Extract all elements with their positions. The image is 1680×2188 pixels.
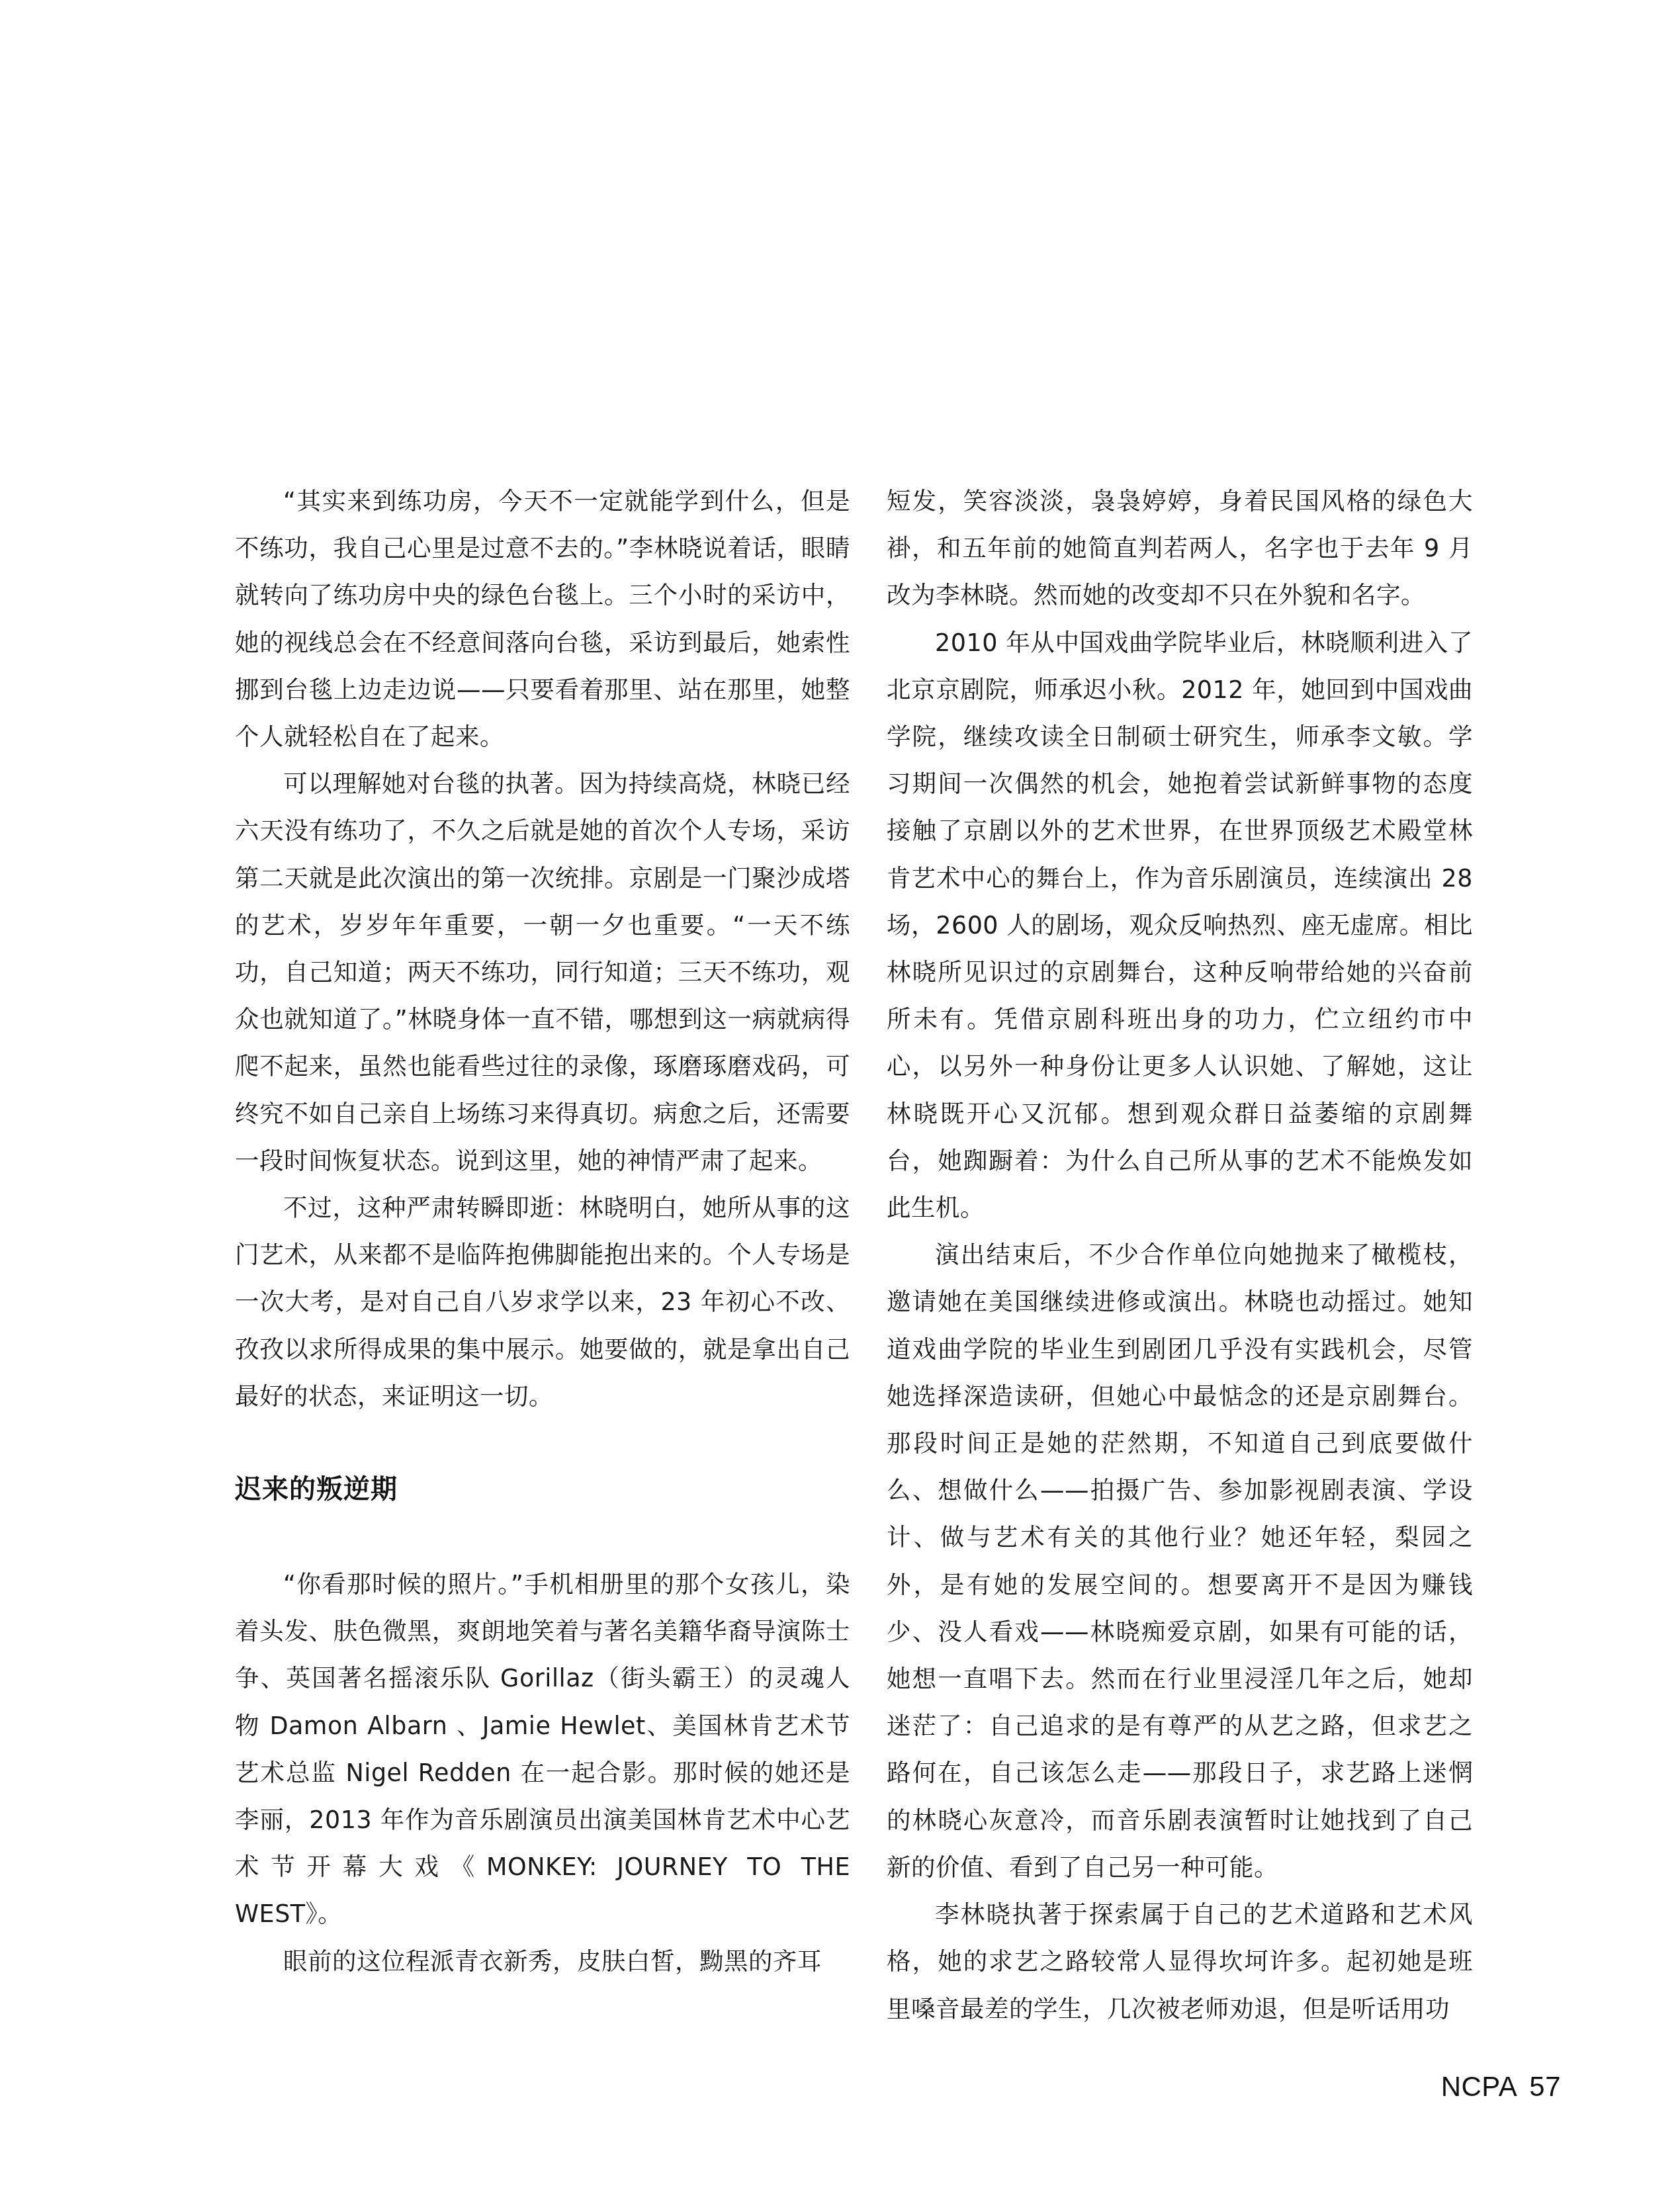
body-paragraph: 可以理解她对台毯的执著。因为持续高烧，林晓已经六天没有练功了，不久之后就是她的首… — [235, 760, 850, 1184]
body-paragraph: “其实来到练功房，今天不一定就能学到什么，但是不练功，我自己心里是过意不去的。”… — [235, 478, 850, 760]
body-paragraph: 演出结束后，不少合作单位向她抛来了橄榄枝，邀请她在美国继续进修或演出。林晓也动摇… — [887, 1231, 1473, 1891]
right-text-column: 短发，笑容淡淡，袅袅婷婷，身着民国风格的绿色大褂，和五年前的她简直判若两人，名字… — [887, 478, 1473, 2033]
body-paragraph: “你看那时候的照片。”手机相册里的那个女孩儿，染着头发、肤色微黑，爽朗地笑着与著… — [235, 1561, 850, 1938]
left-text-column: “其实来到练功房，今天不一定就能学到什么，但是不练功，我自己心里是过意不去的。”… — [235, 478, 850, 1985]
magazine-page: “其实来到练功房，今天不一定就能学到什么，但是不练功，我自己心里是过意不去的。”… — [0, 0, 1680, 2188]
body-paragraph: 不过，这种严肃转瞬即逝：林晓明白，她所从事的这门艺术，从来都不是临阵抱佛脚能抱出… — [235, 1184, 850, 1420]
body-paragraph: 2010 年从中国戏曲学院毕业后，林晓顺利进入了北京京剧院，师承迟小秋。2012… — [887, 619, 1473, 1232]
continued-paragraph: 短发，笑容淡淡，袅袅婷婷，身着民国风格的绿色大褂，和五年前的她简直判若两人，名字… — [887, 478, 1473, 619]
body-paragraph: 李林晓执著于探索属于自己的艺术道路和艺术风格，她的求艺之路较常人显得坎坷许多。起… — [887, 1891, 1473, 2033]
blank-image-area — [0, 0, 1680, 463]
page-folio: NCPA57 — [1441, 2071, 1561, 2103]
body-paragraph: 眼前的这位程派青衣新秀，皮肤白皙，黝黑的齐耳 — [235, 1938, 850, 1985]
page-number: 57 — [1529, 2071, 1561, 2102]
section-heading: 迟来的叛逆期 — [235, 1420, 850, 1561]
publication-name: NCPA — [1441, 2071, 1518, 2102]
